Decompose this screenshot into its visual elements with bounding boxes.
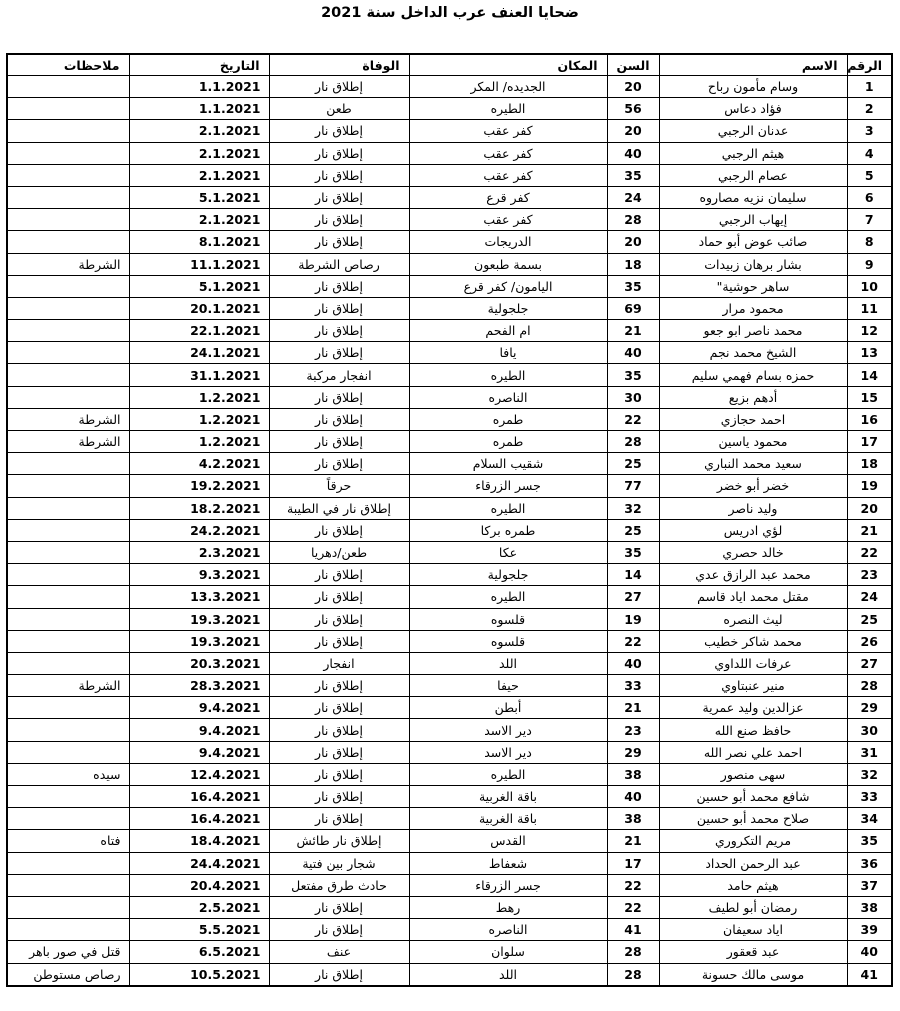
header-name: الاسم (659, 54, 847, 76)
cell-date: 1.1.2021 (129, 98, 269, 120)
cell-place: جسر الزرقاء (409, 874, 607, 896)
cell-death: إطلاق نار (269, 186, 409, 208)
cell-number: 32 (847, 763, 892, 785)
cell-age: 40 (607, 342, 659, 364)
cell-name: فؤاد دعاس (659, 98, 847, 120)
cell-place: جلجولية (409, 297, 607, 319)
cell-death: إطلاق نار (269, 297, 409, 319)
cell-death: إطلاق نار (269, 275, 409, 297)
table-row: 33 شافع محمد أبو حسين 40 باقة الغربية إط… (7, 786, 892, 808)
cell-death: انفجار (269, 652, 409, 674)
cell-date: 16.4.2021 (129, 786, 269, 808)
cell-place: يافا (409, 342, 607, 364)
cell-notes (7, 120, 129, 142)
header-death: الوفاة (269, 54, 409, 76)
cell-date: 1.2.2021 (129, 408, 269, 430)
cell-date: 5.5.2021 (129, 919, 269, 941)
table-row: 17 محمود ياسين 28 طمره إطلاق نار 1.2.202… (7, 431, 892, 453)
cell-number: 24 (847, 586, 892, 608)
cell-date: 1.2.2021 (129, 431, 269, 453)
cell-death: إطلاق نار (269, 586, 409, 608)
cell-place: باقة الغربية (409, 808, 607, 830)
header-age: السن (607, 54, 659, 76)
cell-death: إطلاق نار (269, 120, 409, 142)
cell-number: 19 (847, 475, 892, 497)
cell-number: 35 (847, 830, 892, 852)
cell-date: 11.1.2021 (129, 253, 269, 275)
table-row: 40 عبد قعقور 28 سلوان عنف 6.5.2021 قتل ف… (7, 941, 892, 963)
cell-age: 41 (607, 919, 659, 941)
cell-name: خضر أبو خضر (659, 475, 847, 497)
cell-notes: الشرطة (7, 253, 129, 275)
cell-death: انفجار مركبة (269, 364, 409, 386)
cell-number: 25 (847, 608, 892, 630)
cell-number: 4 (847, 142, 892, 164)
cell-place: كفر عقب (409, 142, 607, 164)
cell-date: 6.5.2021 (129, 941, 269, 963)
header-date: التاريخ (129, 54, 269, 76)
cell-notes (7, 741, 129, 763)
cell-age: 28 (607, 941, 659, 963)
table-row: 39 اياد سعيفان 41 الناصره إطلاق نار 5.5.… (7, 919, 892, 941)
cell-place: الطيره (409, 763, 607, 785)
cell-death: إطلاق نار (269, 231, 409, 253)
cell-notes (7, 497, 129, 519)
cell-date: 1.2.2021 (129, 386, 269, 408)
cell-age: 40 (607, 142, 659, 164)
table-row: 15 أدهم بزيع 30 الناصره إطلاق نار 1.2.20… (7, 386, 892, 408)
cell-number: 26 (847, 630, 892, 652)
cell-place: الناصره (409, 919, 607, 941)
cell-number: 10 (847, 275, 892, 297)
cell-number: 12 (847, 320, 892, 342)
table-row: 4 هيثم الرجبي 40 كفر عقب إطلاق نار 2.1.2… (7, 142, 892, 164)
cell-name: احمد حجازي (659, 408, 847, 430)
cell-name: محمد ناصر ابو جعو (659, 320, 847, 342)
cell-date: 5.1.2021 (129, 186, 269, 208)
table-row: 8 صائب عوض أبو حماد 20 الدريجات إطلاق نا… (7, 231, 892, 253)
cell-death: إطلاق نار (269, 209, 409, 231)
cell-notes (7, 231, 129, 253)
cell-place: بسمة طبعون (409, 253, 607, 275)
cell-date: 20.1.2021 (129, 297, 269, 319)
cell-notes (7, 275, 129, 297)
table-row: 19 خضر أبو خضر 77 جسر الزرقاء حرقاً 19.2… (7, 475, 892, 497)
cell-age: 20 (607, 76, 659, 98)
cell-place: سلوان (409, 941, 607, 963)
table-row: 31 احمد علي نصر الله 29 دير الاسد إطلاق … (7, 741, 892, 763)
table-row: 11 محمود مرار 69 جلجولية إطلاق نار 20.1.… (7, 297, 892, 319)
cell-name: ساهر حوشية" (659, 275, 847, 297)
cell-date: 24.2.2021 (129, 519, 269, 541)
cell-place: الناصره (409, 386, 607, 408)
cell-notes: سيده (7, 763, 129, 785)
table-header: الرقم الاسم السن المكان الوفاة التاريخ م… (7, 54, 892, 76)
cell-name: خالد حصري (659, 541, 847, 563)
header-row: الرقم الاسم السن المكان الوفاة التاريخ م… (7, 54, 892, 76)
cell-date: 19.3.2021 (129, 608, 269, 630)
cell-death: إطلاق نار (269, 808, 409, 830)
cell-name: منير عنبتاوي (659, 675, 847, 697)
cell-number: 36 (847, 852, 892, 874)
cell-date: 24.1.2021 (129, 342, 269, 364)
cell-age: 21 (607, 830, 659, 852)
cell-death: حادث طرق مفتعل (269, 874, 409, 896)
cell-number: 20 (847, 497, 892, 519)
cell-age: 22 (607, 896, 659, 918)
cell-age: 69 (607, 297, 659, 319)
cell-number: 23 (847, 564, 892, 586)
cell-number: 37 (847, 874, 892, 896)
cell-name: مقتل محمد اياد قاسم (659, 586, 847, 608)
cell-date: 9.3.2021 (129, 564, 269, 586)
cell-date: 10.5.2021 (129, 963, 269, 986)
table-row: 35 مريم التكروري 21 القدس إطلاق نار طائش… (7, 830, 892, 852)
table-row: 5 عصام الرجبي 35 كفر عقب إطلاق نار 2.1.2… (7, 164, 892, 186)
cell-place: دير الاسد (409, 719, 607, 741)
cell-notes: فتاه (7, 830, 129, 852)
cell-notes (7, 164, 129, 186)
cell-place: رهط (409, 896, 607, 918)
victims-table: الرقم الاسم السن المكان الوفاة التاريخ م… (6, 53, 893, 987)
cell-place: شعفاط (409, 852, 607, 874)
table-row: 29 عزالدين وليد عمرية 21 أبطن إطلاق نار … (7, 697, 892, 719)
cell-age: 25 (607, 519, 659, 541)
cell-age: 32 (607, 497, 659, 519)
cell-date: 2.1.2021 (129, 142, 269, 164)
cell-name: بشار برهان زبيدات (659, 253, 847, 275)
cell-notes: الشرطة (7, 408, 129, 430)
table-row: 7 إيهاب الرجبي 28 كفر عقب إطلاق نار 2.1.… (7, 209, 892, 231)
cell-age: 38 (607, 808, 659, 830)
cell-notes (7, 874, 129, 896)
table-row: 32 سهى منصور 38 الطيره إطلاق نار 12.4.20… (7, 763, 892, 785)
cell-notes (7, 519, 129, 541)
cell-age: 35 (607, 275, 659, 297)
cell-date: 8.1.2021 (129, 231, 269, 253)
cell-number: 41 (847, 963, 892, 986)
table-row: 28 منير عنبتاوي 33 حيفا إطلاق نار 28.3.2… (7, 675, 892, 697)
cell-place: طمره (409, 408, 607, 430)
cell-age: 30 (607, 386, 659, 408)
table-row: 16 احمد حجازي 22 طمره إطلاق نار 1.2.2021… (7, 408, 892, 430)
cell-death: إطلاق نار (269, 408, 409, 430)
cell-date: 2.1.2021 (129, 164, 269, 186)
cell-death: إطلاق نار (269, 963, 409, 986)
cell-death: إطلاق نار (269, 320, 409, 342)
cell-number: 7 (847, 209, 892, 231)
cell-place: كفر عقب (409, 209, 607, 231)
cell-death: إطلاق نار (269, 342, 409, 364)
cell-age: 22 (607, 408, 659, 430)
cell-death: إطلاق نار (269, 76, 409, 98)
cell-number: 16 (847, 408, 892, 430)
cell-name: لؤي ادريس (659, 519, 847, 541)
cell-age: 29 (607, 741, 659, 763)
cell-notes (7, 453, 129, 475)
cell-age: 21 (607, 320, 659, 342)
cell-date: 5.1.2021 (129, 275, 269, 297)
cell-number: 3 (847, 120, 892, 142)
cell-place: كفر عقب (409, 120, 607, 142)
cell-date: 1.1.2021 (129, 76, 269, 98)
table-row: 34 صلاح محمد أبو حسين 38 باقة الغربية إط… (7, 808, 892, 830)
cell-place: جلجولية (409, 564, 607, 586)
cell-age: 14 (607, 564, 659, 586)
cell-death: إطلاق نار (269, 164, 409, 186)
cell-number: 38 (847, 896, 892, 918)
cell-date: 2.1.2021 (129, 120, 269, 142)
cell-number: 39 (847, 919, 892, 941)
cell-death: طعن (269, 98, 409, 120)
cell-name: عدنان الرجبي (659, 120, 847, 142)
cell-number: 28 (847, 675, 892, 697)
cell-notes (7, 652, 129, 674)
cell-number: 14 (847, 364, 892, 386)
table-row: 12 محمد ناصر ابو جعو 21 ام الفحم إطلاق ن… (7, 320, 892, 342)
cell-date: 31.1.2021 (129, 364, 269, 386)
cell-name: عزالدين وليد عمرية (659, 697, 847, 719)
cell-date: 4.2.2021 (129, 453, 269, 475)
cell-name: اياد سعيفان (659, 919, 847, 941)
cell-notes: الشرطة (7, 431, 129, 453)
cell-date: 20.3.2021 (129, 652, 269, 674)
cell-age: 18 (607, 253, 659, 275)
cell-number: 15 (847, 386, 892, 408)
table-row: 13 الشيخ محمد نجم 40 يافا إطلاق نار 24.1… (7, 342, 892, 364)
cell-name: احمد علي نصر الله (659, 741, 847, 763)
cell-death: إطلاق نار (269, 675, 409, 697)
cell-number: 2 (847, 98, 892, 120)
cell-number: 13 (847, 342, 892, 364)
cell-name: عبد الرحمن الحداد (659, 852, 847, 874)
cell-age: 17 (607, 852, 659, 874)
cell-date: 9.4.2021 (129, 741, 269, 763)
table-row: 22 خالد حصري 35 عكا طعن/دهريا 2.3.2021 (7, 541, 892, 563)
cell-age: 22 (607, 874, 659, 896)
cell-place: قلسوه (409, 630, 607, 652)
cell-date: 12.4.2021 (129, 763, 269, 785)
cell-notes (7, 76, 129, 98)
table-row: 3 عدنان الرجبي 20 كفر عقب إطلاق نار 2.1.… (7, 120, 892, 142)
cell-name: محمد شاكر خطيب (659, 630, 847, 652)
cell-number: 29 (847, 697, 892, 719)
cell-date: 20.4.2021 (129, 874, 269, 896)
table-row: 2 فؤاد دعاس 56 الطيره طعن 1.1.2021 (7, 98, 892, 120)
table-row: 23 محمد عبد الرازق عدي 14 جلجولية إطلاق … (7, 564, 892, 586)
cell-death: إطلاق نار (269, 786, 409, 808)
cell-death: إطلاق نار (269, 896, 409, 918)
cell-name: حافظ صنع الله (659, 719, 847, 741)
table-row: 1 وسام مأمون رباح 20 الجديده/ المكر إطلا… (7, 76, 892, 98)
cell-name: موسى مالك حسونة (659, 963, 847, 986)
cell-death: شجار بين فتية (269, 852, 409, 874)
table-row: 14 حمزه بسام فهمي سليم 35 الطيره انفجار … (7, 364, 892, 386)
cell-notes (7, 541, 129, 563)
cell-notes (7, 630, 129, 652)
cell-name: حمزه بسام فهمي سليم (659, 364, 847, 386)
cell-death: إطلاق نار (269, 741, 409, 763)
table-row: 27 عرفات اللداوي 40 اللد انفجار 20.3.202… (7, 652, 892, 674)
cell-notes (7, 320, 129, 342)
cell-death: إطلاق نار (269, 608, 409, 630)
cell-name: أدهم بزيع (659, 386, 847, 408)
cell-notes: رصاص مستوطن (7, 963, 129, 986)
cell-notes (7, 896, 129, 918)
cell-death: إطلاق نار (269, 763, 409, 785)
cell-place: الطيره (409, 497, 607, 519)
table-row: 18 سعيد محمد النباري 25 شقيب السلام إطلا… (7, 453, 892, 475)
cell-place: الطيره (409, 98, 607, 120)
header-place: المكان (409, 54, 607, 76)
cell-age: 38 (607, 763, 659, 785)
cell-name: محمود مرار (659, 297, 847, 319)
cell-number: 11 (847, 297, 892, 319)
cell-date: 28.3.2021 (129, 675, 269, 697)
cell-notes (7, 98, 129, 120)
cell-number: 40 (847, 941, 892, 963)
cell-place: الجديده/ المكر (409, 76, 607, 98)
cell-place: ام الفحم (409, 320, 607, 342)
cell-death: إطلاق نار (269, 386, 409, 408)
cell-number: 18 (847, 453, 892, 475)
table-row: 36 عبد الرحمن الحداد 17 شعفاط شجار بين ف… (7, 852, 892, 874)
cell-date: 9.4.2021 (129, 697, 269, 719)
cell-number: 5 (847, 164, 892, 186)
cell-place: كفر عقب (409, 164, 607, 186)
cell-death: إطلاق نار (269, 919, 409, 941)
cell-date: 9.4.2021 (129, 719, 269, 741)
table-row: 10 ساهر حوشية" 35 اليامون/ كفر قرع إطلاق… (7, 275, 892, 297)
table-row: 30 حافظ صنع الله 23 دير الاسد إطلاق نار … (7, 719, 892, 741)
cell-death: إطلاق نار (269, 519, 409, 541)
cell-name: شافع محمد أبو حسين (659, 786, 847, 808)
cell-death: إطلاق نار في الطيبة (269, 497, 409, 519)
cell-date: 2.5.2021 (129, 896, 269, 918)
cell-notes: قتل في صور باهر (7, 941, 129, 963)
table-row: 20 وليد ناصر 32 الطيره إطلاق نار في الطي… (7, 497, 892, 519)
cell-place: جسر الزرقاء (409, 475, 607, 497)
table-row: 21 لؤي ادريس 25 طمره بركا إطلاق نار 24.2… (7, 519, 892, 541)
cell-notes (7, 808, 129, 830)
cell-age: 23 (607, 719, 659, 741)
cell-date: 2.3.2021 (129, 541, 269, 563)
cell-age: 28 (607, 963, 659, 986)
cell-age: 56 (607, 98, 659, 120)
cell-age: 27 (607, 586, 659, 608)
cell-age: 19 (607, 608, 659, 630)
header-number: الرقم (847, 54, 892, 76)
header-notes: ملاحظات (7, 54, 129, 76)
cell-age: 22 (607, 630, 659, 652)
cell-date: 22.1.2021 (129, 320, 269, 342)
cell-name: إيهاب الرجبي (659, 209, 847, 231)
cell-place: اللد (409, 652, 607, 674)
cell-number: 9 (847, 253, 892, 275)
cell-notes (7, 142, 129, 164)
table-row: 6 سليمان نزيه مصاروه 24 كفر قرع إطلاق نا… (7, 186, 892, 208)
cell-place: باقة الغربية (409, 786, 607, 808)
table-row: 38 رمضان أبو لطيف 22 رهط إطلاق نار 2.5.2… (7, 896, 892, 918)
cell-death: حرقاً (269, 475, 409, 497)
cell-notes (7, 186, 129, 208)
cell-age: 24 (607, 186, 659, 208)
cell-death: رصاص الشرطة (269, 253, 409, 275)
cell-number: 8 (847, 231, 892, 253)
cell-place: عكا (409, 541, 607, 563)
cell-age: 35 (607, 364, 659, 386)
cell-notes: الشرطة (7, 675, 129, 697)
cell-date: 19.2.2021 (129, 475, 269, 497)
cell-date: 18.2.2021 (129, 497, 269, 519)
cell-notes (7, 608, 129, 630)
cell-number: 27 (847, 652, 892, 674)
cell-name: رمضان أبو لطيف (659, 896, 847, 918)
cell-death: إطلاق نار (269, 142, 409, 164)
cell-death: إطلاق نار طائش (269, 830, 409, 852)
cell-number: 6 (847, 186, 892, 208)
cell-death: إطلاق نار (269, 431, 409, 453)
cell-place: طمره بركا (409, 519, 607, 541)
cell-notes (7, 475, 129, 497)
cell-name: محمد عبد الرازق عدي (659, 564, 847, 586)
cell-age: 77 (607, 475, 659, 497)
cell-number: 30 (847, 719, 892, 741)
cell-place: اللد (409, 963, 607, 986)
cell-date: 24.4.2021 (129, 852, 269, 874)
table-row: 26 محمد شاكر خطيب 22 قلسوه إطلاق نار 19.… (7, 630, 892, 652)
cell-age: 20 (607, 231, 659, 253)
cell-name: صائب عوض أبو حماد (659, 231, 847, 253)
table-row: 9 بشار برهان زبيدات 18 بسمة طبعون رصاص ا… (7, 253, 892, 275)
cell-age: 28 (607, 431, 659, 453)
cell-date: 13.3.2021 (129, 586, 269, 608)
cell-name: عبد قعقور (659, 941, 847, 963)
cell-place: الطيره (409, 586, 607, 608)
cell-notes (7, 564, 129, 586)
cell-notes (7, 919, 129, 941)
cell-date: 18.4.2021 (129, 830, 269, 852)
cell-age: 20 (607, 120, 659, 142)
table-body: 1 وسام مأمون رباح 20 الجديده/ المكر إطلا… (7, 76, 892, 986)
cell-number: 17 (847, 431, 892, 453)
cell-name: هيثم الرجبي (659, 142, 847, 164)
cell-death: عنف (269, 941, 409, 963)
cell-age: 35 (607, 164, 659, 186)
cell-age: 28 (607, 209, 659, 231)
cell-notes (7, 386, 129, 408)
cell-age: 25 (607, 453, 659, 475)
cell-notes (7, 852, 129, 874)
cell-name: وسام مأمون رباح (659, 76, 847, 98)
cell-place: قلسوه (409, 608, 607, 630)
table-row: 37 هيثم حامد 22 جسر الزرقاء حادث طرق مفت… (7, 874, 892, 896)
cell-number: 31 (847, 741, 892, 763)
cell-age: 40 (607, 652, 659, 674)
cell-age: 33 (607, 675, 659, 697)
cell-name: صلاح محمد أبو حسين (659, 808, 847, 830)
cell-name: عرفات اللداوي (659, 652, 847, 674)
cell-number: 1 (847, 76, 892, 98)
cell-notes (7, 719, 129, 741)
cell-age: 21 (607, 697, 659, 719)
cell-death: طعن/دهريا (269, 541, 409, 563)
cell-name: الشيخ محمد نجم (659, 342, 847, 364)
cell-name: سهى منصور (659, 763, 847, 785)
cell-place: طمره (409, 431, 607, 453)
cell-date: 2.1.2021 (129, 209, 269, 231)
cell-notes (7, 342, 129, 364)
